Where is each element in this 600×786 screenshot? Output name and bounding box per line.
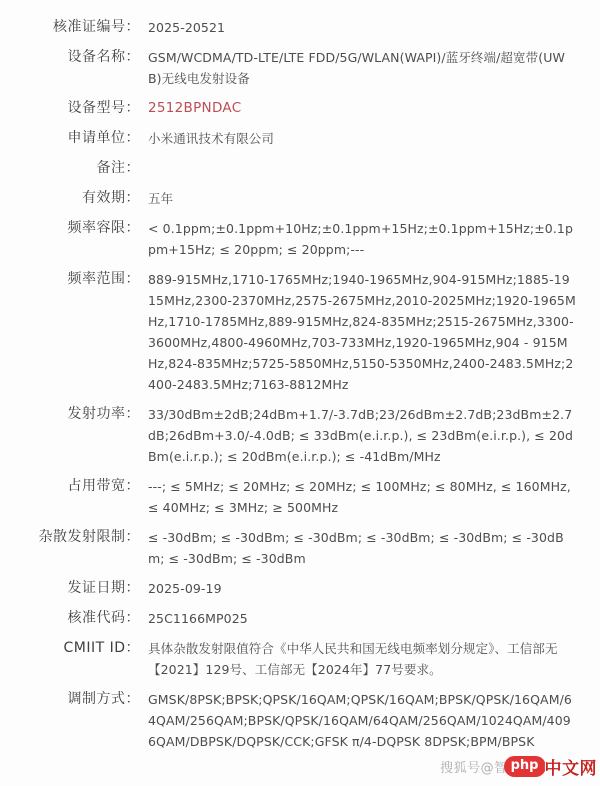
row-approval-code: 核准代码： 25C1166MP025 bbox=[0, 608, 576, 629]
field-label: 杂散发射限制： bbox=[0, 527, 140, 569]
field-value: 五年 bbox=[148, 188, 576, 209]
sohu-watermark-text: 搜狐号@智 bbox=[440, 757, 508, 776]
field-label: 占用带宽： bbox=[0, 476, 140, 518]
row-cmiit-id: CMIIT ID： 具体杂散发射限值符合《中华人民共和国无线电频率划分规定》、工… bbox=[0, 638, 576, 680]
row-transmit-power: 发射功率： 33/30dBm±2dB;24dBm+1.7/-3.7dB;23/2… bbox=[0, 404, 576, 467]
field-value: ≤ -30dBm; ≤ -30dBm; ≤ -30dBm; ≤ -30dBm; … bbox=[148, 527, 576, 569]
row-license-number: 核准证编号： 2025-20521 bbox=[0, 17, 576, 38]
field-label: 发证日期： bbox=[0, 578, 140, 599]
field-label: CMIIT ID： bbox=[0, 638, 140, 680]
field-label: 申请单位： bbox=[0, 128, 140, 149]
field-label: 核准证编号： bbox=[0, 17, 140, 38]
row-frequency-tolerance: 频率容限： < 0.1ppm;±0.1ppm+10Hz;±0.1ppm+15Hz… bbox=[0, 218, 576, 260]
row-remarks: 备注： bbox=[0, 158, 576, 179]
watermark: 搜狐号@智 php 中文网 bbox=[440, 754, 597, 779]
row-device-name: 设备名称： GSM/WCDMA/TD-LTE/LTE FDD/5G/WLAN(W… bbox=[0, 47, 576, 89]
field-value: 小米通讯技术有限公司 bbox=[148, 128, 576, 149]
field-label: 核准代码： bbox=[0, 608, 140, 629]
field-value: 889-915MHz,1710-1765MHz;1940-1965MHz,904… bbox=[148, 269, 576, 395]
row-applicant: 申请单位： 小米通讯技术有限公司 bbox=[0, 128, 576, 149]
field-label: 频率范围： bbox=[0, 269, 140, 395]
device-model-value: 2512BPNDAC bbox=[148, 98, 576, 119]
field-value: 具体杂散发射限值符合《中华人民共和国无线电频率划分规定》、工信部无【2021】1… bbox=[148, 638, 576, 680]
approval-document: 核准证编号： 2025-20521 设备名称： GSM/WCDMA/TD-LTE… bbox=[0, 0, 600, 786]
row-validity: 有效期： 五年 bbox=[0, 188, 576, 209]
field-value: GSM/WCDMA/TD-LTE/LTE FDD/5G/WLAN(WAPI)/蓝… bbox=[148, 47, 576, 89]
row-spurious-emission-limit: 杂散发射限制： ≤ -30dBm; ≤ -30dBm; ≤ -30dBm; ≤ … bbox=[0, 527, 576, 569]
field-value: 2025-09-19 bbox=[148, 578, 576, 599]
field-label: 备注： bbox=[0, 158, 140, 179]
field-value: 33/30dBm±2dB;24dBm+1.7/-3.7dB;23/26dBm±2… bbox=[148, 404, 576, 467]
row-modulation: 调制方式： GMSK/8PSK;BPSK;QPSK/16QAM;QPSK/16Q… bbox=[0, 689, 576, 752]
row-issue-date: 发证日期： 2025-09-19 bbox=[0, 578, 576, 599]
field-label: 调制方式： bbox=[0, 689, 140, 752]
field-label: 设备名称： bbox=[0, 47, 140, 89]
field-value bbox=[148, 158, 576, 179]
row-occupied-bandwidth: 占用带宽： ---; ≤ 5MHz; ≤ 20MHz; ≤ 20MHz; ≤ 1… bbox=[0, 476, 576, 518]
field-value: 2025-20521 bbox=[148, 17, 576, 38]
field-value: ---; ≤ 5MHz; ≤ 20MHz; ≤ 20MHz; ≤ 100MHz;… bbox=[148, 476, 576, 518]
field-label: 设备型号： bbox=[0, 98, 140, 119]
field-value: 25C1166MP025 bbox=[148, 608, 576, 629]
row-frequency-range: 频率范围： 889-915MHz,1710-1765MHz;1940-1965M… bbox=[0, 269, 576, 395]
php-logo-badge: php bbox=[504, 756, 546, 777]
field-label: 发射功率： bbox=[0, 404, 140, 467]
field-label: 有效期： bbox=[0, 188, 140, 209]
row-device-model: 设备型号： 2512BPNDAC bbox=[0, 98, 576, 119]
php-cn-logo-text: 中文网 bbox=[545, 754, 598, 779]
field-value: GMSK/8PSK;BPSK;QPSK/16QAM;QPSK/16QAM;BPS… bbox=[148, 689, 576, 752]
field-value: < 0.1ppm;±0.1ppm+10Hz;±0.1ppm+15Hz;±0.1p… bbox=[148, 218, 576, 260]
field-label: 频率容限： bbox=[0, 218, 140, 260]
